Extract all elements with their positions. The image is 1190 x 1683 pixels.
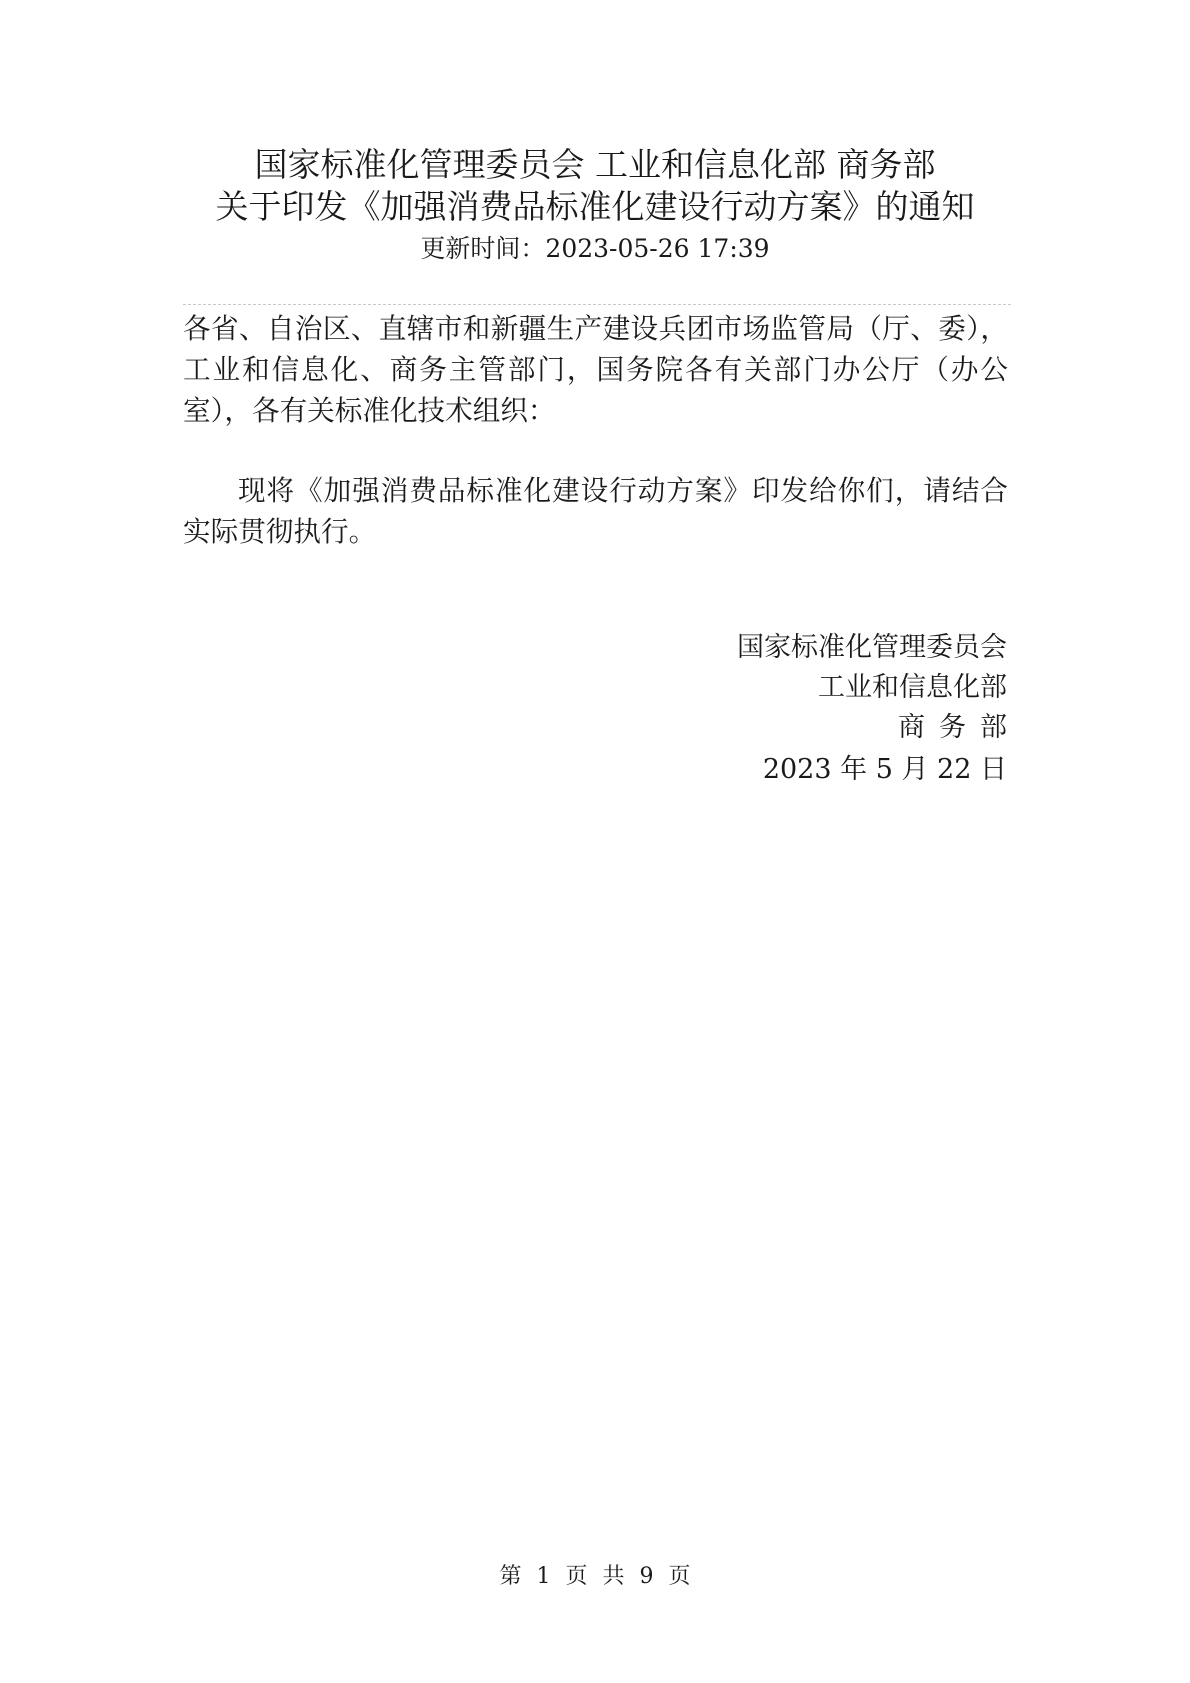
addressees: 各省、自治区、直辖市和新疆生产建设兵团市场监管局（厅、委），工业和信息化、商务主… [183, 308, 1008, 431]
page-indicator: 第 1 页 共 9 页 [0, 1562, 1190, 1592]
update-time: 更新时间：2023-05-26 17:39 [0, 233, 1190, 265]
signature-miit: 工业和信息化部 [818, 668, 1007, 708]
dotted-divider [183, 304, 1011, 305]
document-title-line-1: 国家标准化管理委员会 工业和信息化部 商务部 [0, 145, 1190, 185]
signature-mofcom: 商务部 [898, 708, 1021, 748]
document-title-line-2: 关于印发《加强消费品标准化建设行动方案》的通知 [0, 187, 1190, 227]
body-paragraph: 现将《加强消费品标准化建设行动方案》印发给你们，请结合实际贯彻执行。 [183, 470, 1008, 552]
signature-sac: 国家标准化管理委员会 [737, 628, 1007, 668]
signature-date: 2023 年 5 月 22 日 [763, 750, 1007, 790]
